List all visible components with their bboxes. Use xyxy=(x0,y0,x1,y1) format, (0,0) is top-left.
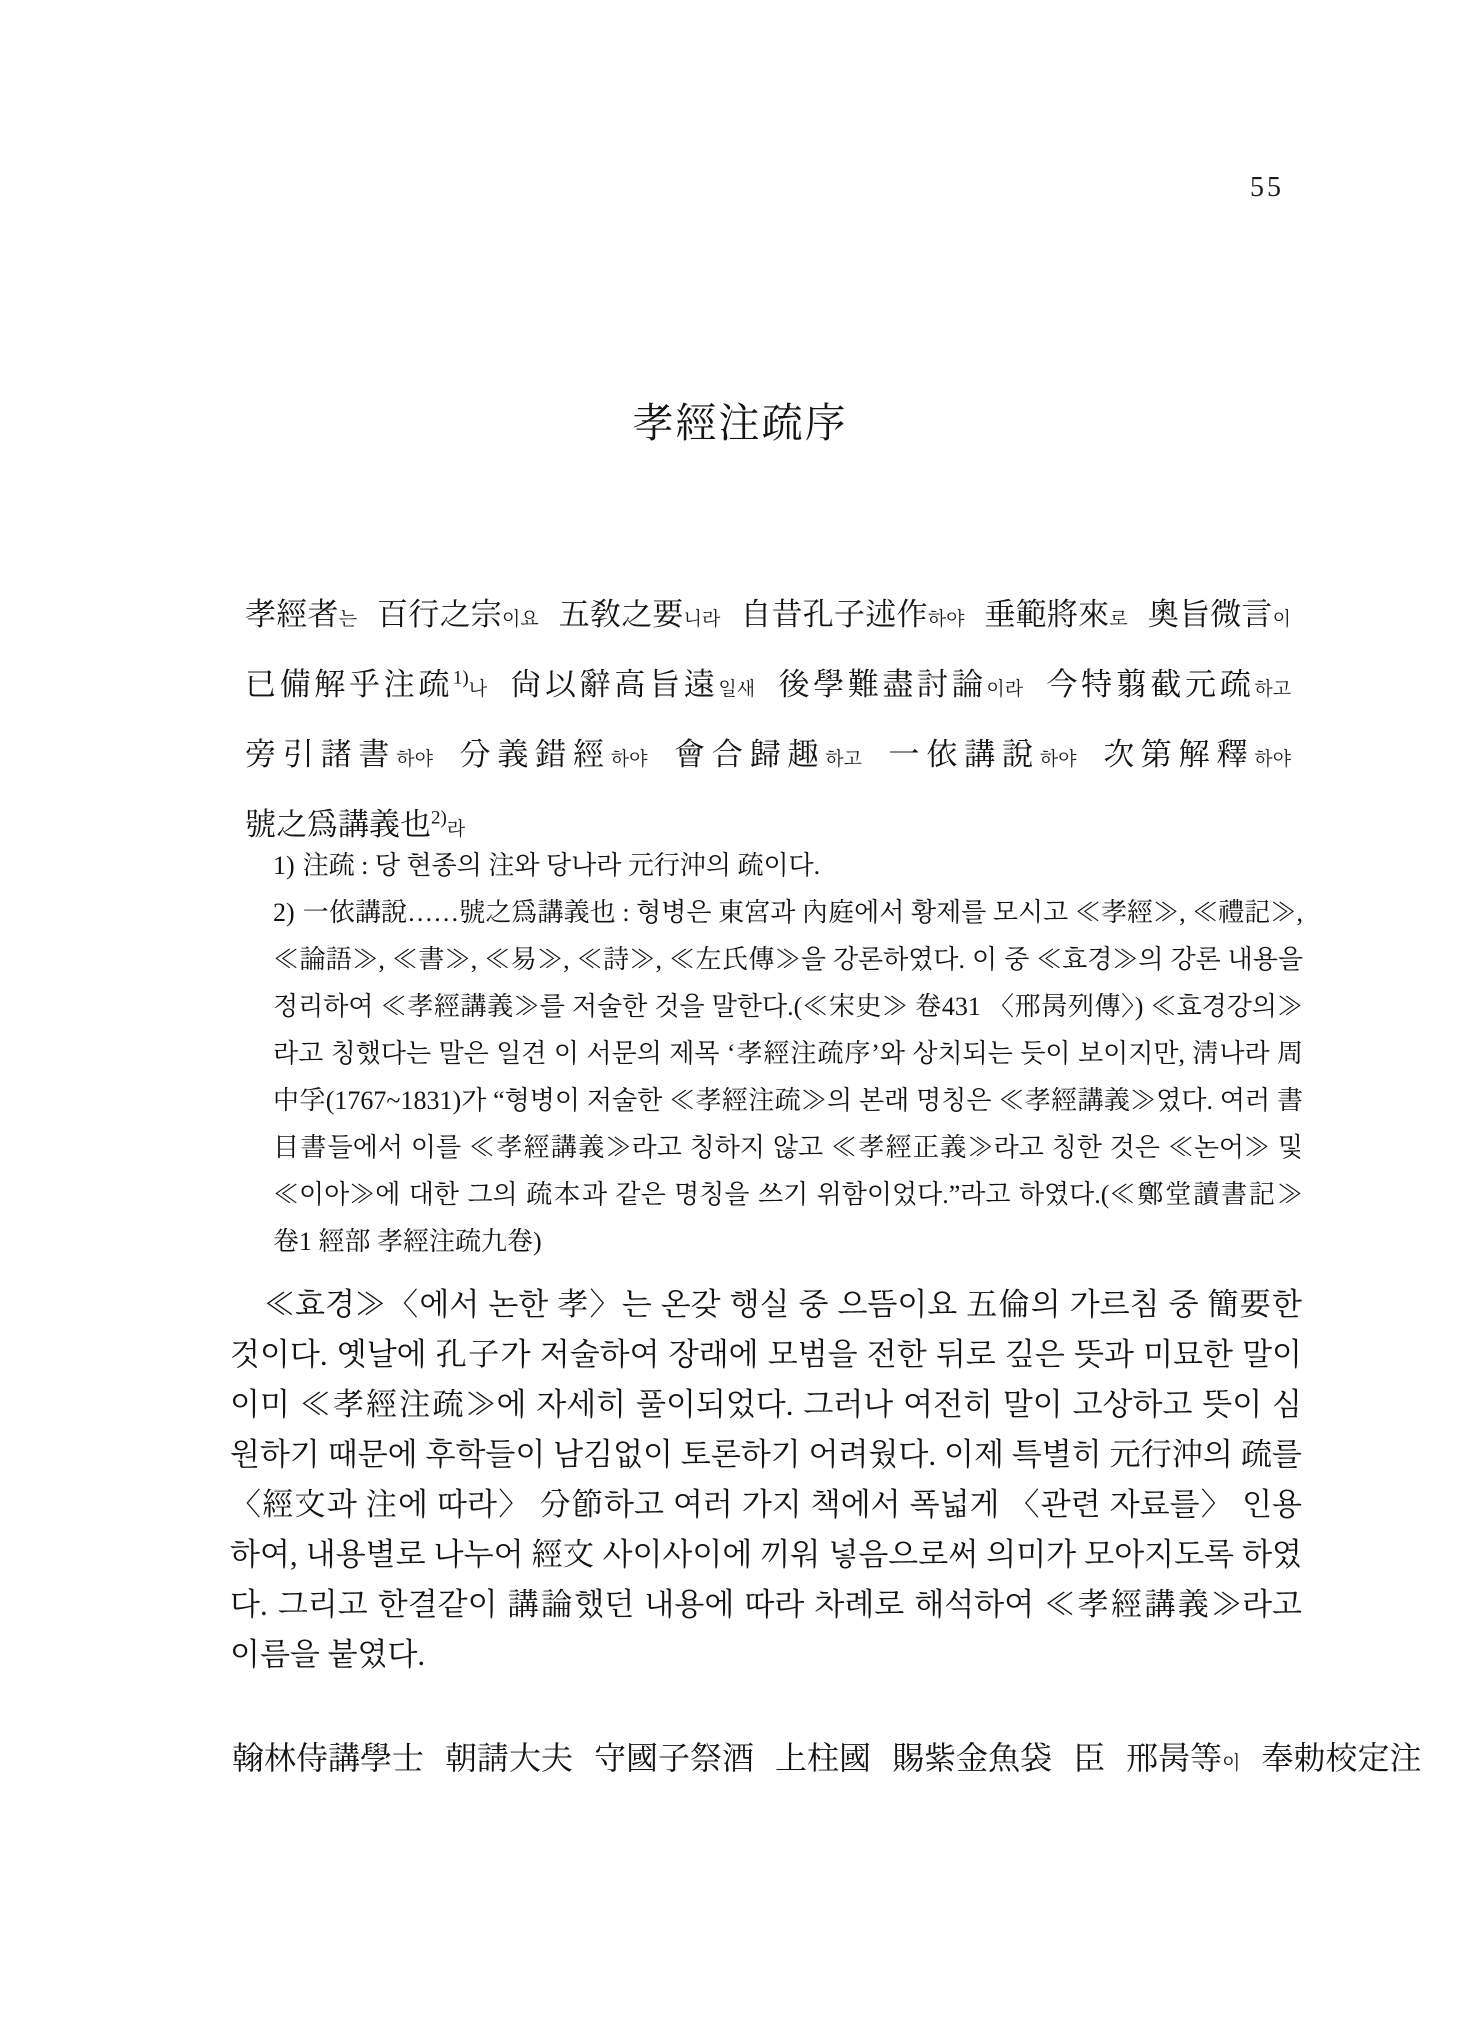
footnote-list: 1)注疏 : 당 현종의 注와 당나라 元行沖의 疏이다.2)一依講說……號之爲… xyxy=(273,842,1303,1265)
colophon-segment: 守國子祭酒 xyxy=(594,1740,754,1776)
hanja-text: 臣 xyxy=(1073,1740,1105,1776)
hanja-text: 分義錯經 xyxy=(460,737,611,772)
colophon-segment: 臣 xyxy=(1073,1740,1105,1776)
hanja-text: 尙以辭高旨遠 xyxy=(510,667,718,702)
footnote-text: 一依講說……號之爲講義也 : 형병은 東宮과 內庭에서 황제를 모시고 ≪孝經≫… xyxy=(273,898,1303,1256)
hanja-text: 奉勅校定注 xyxy=(1261,1740,1421,1776)
colophon-segment: 朝請大夫 xyxy=(445,1740,573,1776)
colophon-segment: 翰林侍講學士 xyxy=(232,1740,424,1776)
gugyeol-particle: 하고 xyxy=(825,749,862,770)
hanmun-segment: 分義錯經하야 xyxy=(460,737,648,772)
hanja-text: 次第解釋 xyxy=(1103,737,1254,772)
gugyeol-particle: 는 xyxy=(339,609,357,630)
footnote-reference: 1) xyxy=(453,668,469,689)
hanmun-segment: 孝經者는 xyxy=(245,597,357,632)
page-number: 55 xyxy=(1250,172,1284,204)
hanja-text: 守國子祭酒 xyxy=(594,1740,754,1776)
hanmun-segment: 後學難盡討論이라 xyxy=(778,667,1023,702)
gugyeol-particle: 이요 xyxy=(502,609,539,630)
hanmun-segment: 五敎之要니라 xyxy=(559,597,721,632)
hanja-text: 後學難盡討論 xyxy=(778,667,986,702)
document-page: 55 孝經注疏序 孝經者는 百行之宗이요 五敎之要니라 自昔孔子述作하야 垂範將… xyxy=(0,0,1480,2024)
hanmun-segment: 旁引諸書하야 xyxy=(245,737,433,772)
hanmun-segment: 百行之宗이요 xyxy=(377,597,539,632)
hanja-text: 百行之宗 xyxy=(377,597,502,632)
footnote-reference: 2) xyxy=(431,808,447,829)
gugyeol-particle: 하야 xyxy=(1254,749,1291,770)
gugyeol-particle: 라 xyxy=(447,819,465,840)
gugyeol-particle: 이라 xyxy=(986,679,1023,700)
hanja-text: 五敎之要 xyxy=(559,597,684,632)
gugyeol-particle: 이 xyxy=(1222,1753,1240,1774)
hanja-text: 今特翦截元疏 xyxy=(1046,667,1254,702)
footnote: 1)注疏 : 당 현종의 注와 당나라 元行沖의 疏이다. xyxy=(273,842,1303,889)
hanja-text: 朝請大夫 xyxy=(445,1740,573,1776)
footnote-text: 注疏 : 당 현종의 注와 당나라 元行沖의 疏이다. xyxy=(303,851,821,880)
colophon-segment: 奉勅校定注 xyxy=(1261,1740,1421,1776)
footnote-marker: 1) xyxy=(273,851,295,880)
colophon-segment: 邢昺等이 xyxy=(1126,1740,1240,1776)
hanmun-segment: 自昔孔子述作하야 xyxy=(740,597,964,632)
hanja-text: 上柱國 xyxy=(775,1740,871,1776)
gugyeol-particle: 하야 xyxy=(928,609,965,630)
document-title: 孝經注疏序 xyxy=(0,390,1480,449)
hanja-text: 自昔孔子述作 xyxy=(740,597,927,632)
gugyeol-particle: 하고 xyxy=(1254,679,1291,700)
hanmun-segment: 次第解釋하야 xyxy=(1103,737,1291,772)
gugyeol-particle: 이 xyxy=(1273,609,1291,630)
hanmun-segment: 奧旨微言이 xyxy=(1148,597,1291,632)
hanja-text: 奧旨微言 xyxy=(1148,597,1273,632)
gugyeol-particle: 하야 xyxy=(1040,749,1077,770)
gugyeol-particle: 하야 xyxy=(396,749,433,770)
hanmun-segment: 垂範將來로 xyxy=(984,597,1127,632)
gugyeol-particle: 로 xyxy=(1109,609,1127,630)
hanmun-segment: 今特翦截元疏하고 xyxy=(1046,667,1291,702)
hanja-text: 賜紫金魚袋 xyxy=(892,1740,1052,1776)
hanja-text: 旁引諸書 xyxy=(245,737,396,772)
hanja-text: 垂範將來 xyxy=(984,597,1109,632)
hanmun-segment: 尙以辭高旨遠일새 xyxy=(510,667,755,702)
gugyeol-particle: 하야 xyxy=(611,749,648,770)
hanmun-segment: 號之爲講義也2)라 xyxy=(245,807,465,842)
hanja-text: 邢昺等 xyxy=(1126,1740,1222,1776)
hanja-text: 翰林侍講學士 xyxy=(232,1740,424,1776)
hanmun-segment: 會合歸趣하고 xyxy=(674,737,862,772)
hanja-text: 一依講說 xyxy=(889,737,1040,772)
hanja-text: 已備解乎注疏 xyxy=(245,667,453,702)
hanmun-segment: 已備解乎注疏1)나 xyxy=(245,667,487,702)
hanja-text: 號之爲講義也 xyxy=(245,807,431,842)
footnote: 2)一依講說……號之爲講義也 : 형병은 東宮과 內庭에서 황제를 모시고 ≪孝… xyxy=(273,889,1303,1265)
colophon-segment: 賜紫金魚袋 xyxy=(892,1740,1052,1776)
gugyeol-particle: 니라 xyxy=(684,609,721,630)
gugyeol-particle: 나 xyxy=(469,679,487,700)
colophon-segment: 上柱國 xyxy=(775,1740,871,1776)
footnote-marker: 2) xyxy=(273,898,295,927)
hanja-text: 孝經者 xyxy=(245,597,339,632)
hanmun-paragraph: 孝經者는 百行之宗이요 五敎之要니라 自昔孔子述作하야 垂範將來로 奧旨微言이 … xyxy=(245,582,1303,862)
colophon-line: 翰林侍講學士 朝請大夫 守國子祭酒 上柱國 賜紫金魚袋 臣 邢昺等이 奉勅校定注 xyxy=(232,1736,1304,1786)
gugyeol-particle: 일새 xyxy=(718,679,755,700)
hanmun-segment: 一依講說하야 xyxy=(889,737,1077,772)
hanja-text: 會合歸趣 xyxy=(674,737,825,772)
translation-paragraph: ≪효경≫〈에서 논한 孝〉는 온갖 행실 중 으뜸이요 五倫의 가르침 중 簡要… xyxy=(230,1280,1302,1680)
